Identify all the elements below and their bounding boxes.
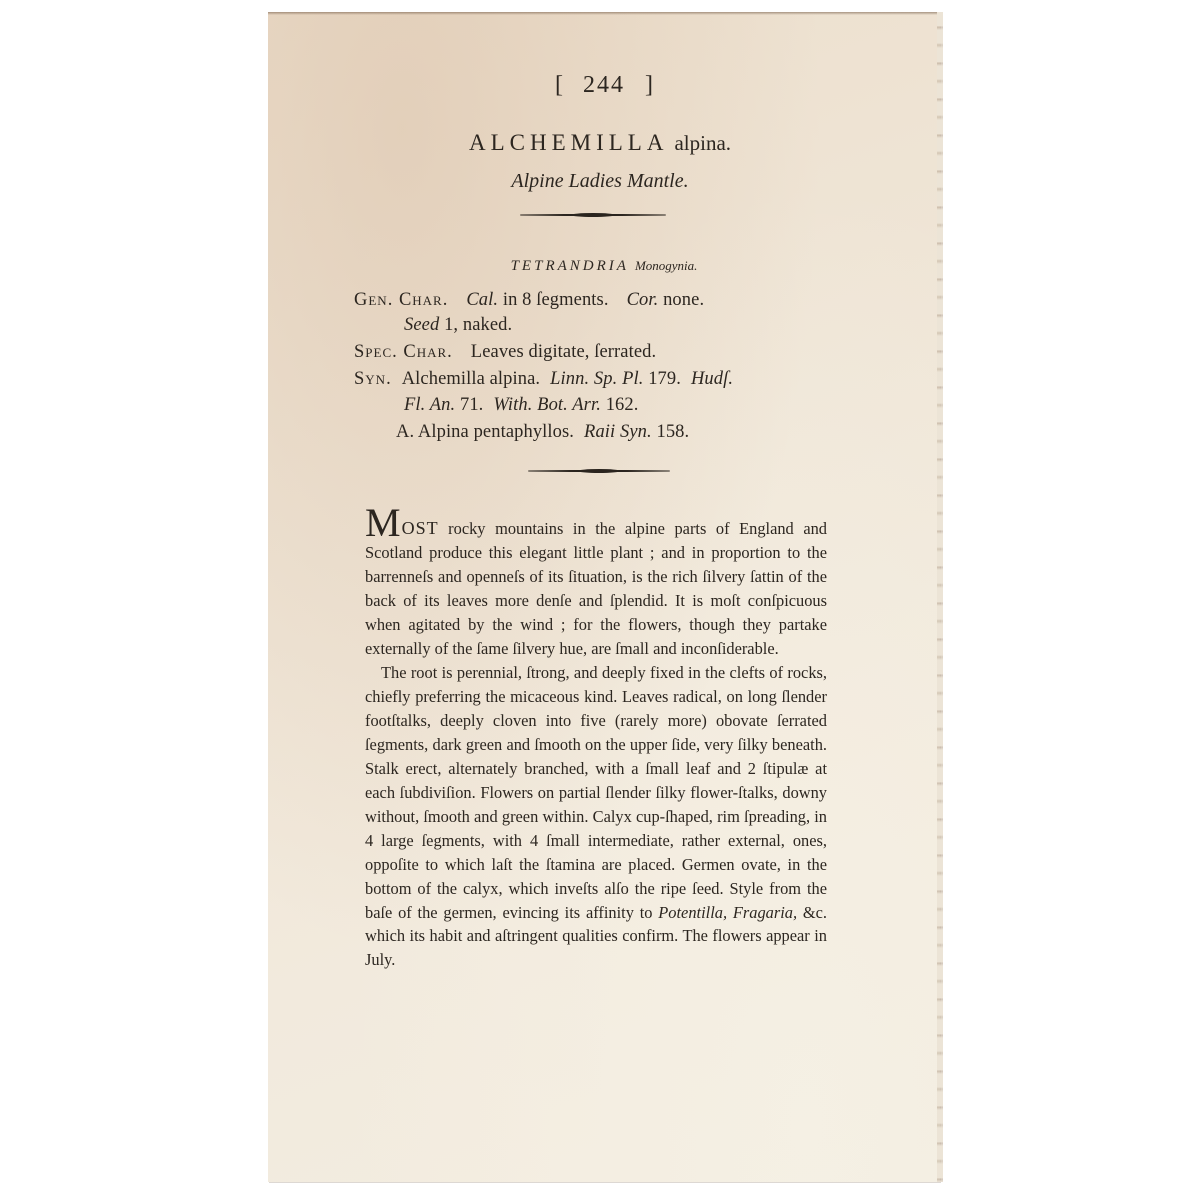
synonymy-alt: A. Alpina pentaphyllos.Raii Syn. 158.	[396, 422, 689, 443]
syn-label: Syn.	[354, 369, 392, 389]
linnaeus-ref: Linn. Sp. Pl.	[550, 369, 643, 389]
divider-rule-top	[520, 214, 666, 216]
genus-ref-potentilla: Potentilla,	[658, 903, 727, 922]
linnaean-classification: TETRANDRIAMonogynia.	[268, 258, 940, 275]
linnaean-order: Monogynia.	[635, 258, 697, 273]
generic-character: Gen. Char.Cal. in 8 ſegments.Cor. none.	[354, 290, 704, 311]
genus-name: ALCHEMILLA	[469, 130, 668, 155]
spec-char-label: Spec. Char.	[354, 342, 453, 362]
corolla-label: Cor.	[627, 290, 659, 310]
species-title: ALCHEMILLAalpina.	[268, 130, 932, 156]
corolla-text: none.	[663, 290, 704, 310]
close-bracket: ]	[645, 72, 653, 98]
description-paragraph-2: The root is perennial, ſtrong, and deepl…	[365, 661, 827, 972]
syn-name: Alchemilla alpina.	[402, 369, 540, 389]
ray-ref-num: 158.	[656, 422, 689, 442]
calyx-label: Cal.	[466, 290, 498, 310]
hudson-ref-num: 71.	[460, 395, 483, 415]
alt-name: A. Alpina pentaphyllos.	[396, 422, 574, 442]
book-page: [244] ALCHEMILLAalpina. Alpine Ladies Ma…	[268, 12, 940, 1182]
paragraph-1-text: rocky mountains in the alpine parts of E…	[365, 519, 827, 658]
hudson-ref-cont: Fl. An.	[404, 395, 455, 415]
generic-character-cont: Seed 1, naked.	[404, 315, 512, 336]
common-name: Alpine Ladies Mantle.	[268, 170, 932, 193]
withering-ref-num: 162.	[606, 395, 639, 415]
description-body: MOST rocky mountains in the alpine parts…	[365, 508, 827, 972]
synonymy-cont: Fl. An. 71.With. Bot. Arr. 162.	[404, 395, 638, 416]
page-number: [244]	[268, 72, 940, 99]
genus-ref-fragaria: Fragaria,	[733, 903, 797, 922]
calyx-text: in 8 ſegments.	[503, 290, 609, 310]
seed-label: Seed	[404, 315, 439, 335]
first-word-rest: OST	[402, 518, 439, 538]
spec-char-text: Leaves digitate, ſerrated.	[471, 342, 656, 362]
description-paragraph-1: MOST rocky mountains in the alpine parts…	[365, 508, 827, 660]
linnaeus-ref-num: 179.	[648, 369, 681, 389]
seed-text: 1, naked.	[444, 315, 512, 335]
gen-char-label: Gen. Char.	[354, 290, 448, 310]
page-number-value: 244	[583, 72, 625, 98]
synonymy: Syn.Alchemilla alpina.Linn. Sp. Pl. 179.…	[354, 369, 733, 390]
hudson-ref: Hudſ.	[691, 369, 733, 389]
linnaean-class: TETRANDRIA	[511, 258, 629, 274]
paragraph-2-text: The root is perennial, ſtrong, and deepl…	[365, 663, 827, 921]
drop-cap: M	[365, 500, 401, 545]
ray-ref: Raii Syn.	[584, 422, 652, 442]
specific-character: Spec. Char.Leaves digitate, ſerrated.	[354, 342, 656, 363]
open-bracket: [	[555, 72, 563, 98]
withering-ref: With. Bot. Arr.	[493, 395, 601, 415]
divider-rule-bottom	[528, 470, 670, 472]
species-epithet: alpina.	[674, 131, 731, 155]
image-canvas: [244] ALCHEMILLAalpina. Alpine Ladies Ma…	[0, 0, 1200, 1200]
